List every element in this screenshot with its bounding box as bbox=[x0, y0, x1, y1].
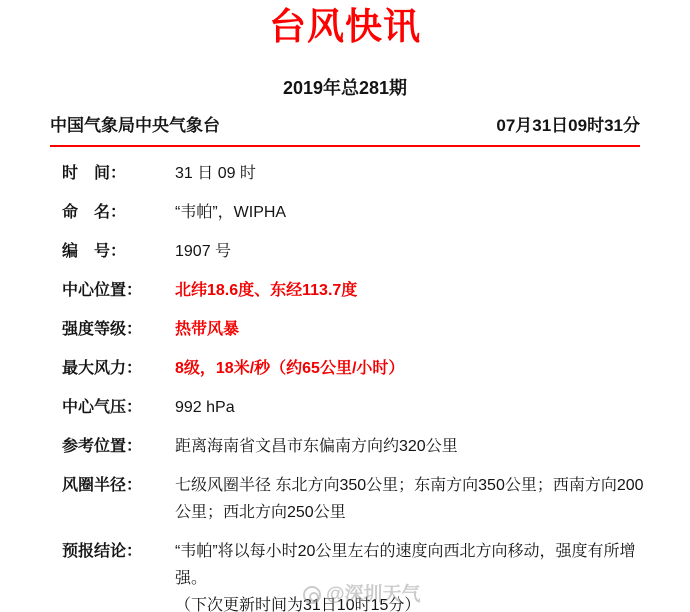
field-value: 热带风暴 bbox=[175, 316, 645, 343]
field-row: 编 号： 1907 号 bbox=[62, 238, 645, 265]
field-label: 最大风力： bbox=[62, 355, 175, 382]
bulletin-title: 台风快讯 bbox=[0, 6, 690, 48]
field-label: 强度等级： bbox=[62, 316, 175, 343]
field-value-text: 距离海南省文昌市东偏南方向约320公里 bbox=[175, 438, 458, 455]
field-value: 31 日 09 时 bbox=[175, 160, 645, 187]
field-value: 七级风圈半径 东北方向350公里；东南方向350公里；西南方向200公里；西北方… bbox=[175, 472, 645, 526]
field-value-text: 七级风圈半径 东北方向350公里；东南方向350公里；西南方向200公里；西北方… bbox=[175, 477, 644, 521]
field-label: 中心气压： bbox=[62, 394, 175, 421]
issue-datetime: 07月31日09时31分 bbox=[496, 116, 640, 136]
field-row: 参考位置： 距离海南省文昌市东偏南方向约320公里 bbox=[62, 433, 645, 460]
field-value: 北纬18.6度、东经113.7度 bbox=[175, 277, 645, 304]
agency-name: 中国气象局中央气象台 bbox=[50, 116, 220, 136]
field-note: （下次更新时间为31日10时15分） bbox=[175, 592, 645, 612]
field-value: “韦帕”将以每小时20公里左右的速度向西北方向移动，强度有所增强。 （下次更新时… bbox=[175, 538, 645, 612]
field-value: 1907 号 bbox=[175, 238, 645, 265]
field-value-text: “韦帕”，WIPHA bbox=[175, 204, 286, 221]
field-label: 预报结论： bbox=[62, 538, 175, 612]
field-value-text: 北纬18.6度、东经113.7度 bbox=[175, 282, 357, 299]
field-label: 命 名： bbox=[62, 199, 175, 226]
field-value-text: 8级，18米/秒（约65公里/小时） bbox=[175, 360, 404, 377]
field-row: 中心气压： 992 hPa bbox=[62, 394, 645, 421]
field-row: 预报结论： “韦帕”将以每小时20公里左右的速度向西北方向移动，强度有所增强。 … bbox=[62, 538, 645, 612]
field-label: 参考位置： bbox=[62, 433, 175, 460]
field-row: 命 名： “韦帕”，WIPHA bbox=[62, 199, 645, 226]
field-value-text: 31 日 09 时 bbox=[175, 165, 256, 182]
issue-number: 2019年总281期 bbox=[0, 78, 690, 98]
field-row: 强度等级： 热带风暴 bbox=[62, 316, 645, 343]
field-label: 风圈半径： bbox=[62, 472, 175, 526]
field-value-text: 热带风暴 bbox=[175, 321, 239, 338]
field-list: 时 间： 31 日 09 时 命 名： “韦帕”，WIPHA 编 号： 1907… bbox=[0, 160, 690, 612]
field-label: 中心位置： bbox=[62, 277, 175, 304]
field-row: 时 间： 31 日 09 时 bbox=[62, 160, 645, 187]
typhoon-bulletin: 台风快讯 2019年总281期 中国气象局中央气象台 07月31日09时31分 … bbox=[0, 6, 690, 612]
field-value-text: 992 hPa bbox=[175, 399, 235, 416]
field-value: “韦帕”，WIPHA bbox=[175, 199, 645, 226]
field-row: 中心位置： 北纬18.6度、东经113.7度 bbox=[62, 277, 645, 304]
field-value-text: “韦帕”将以每小时20公里左右的速度向西北方向移动，强度有所增强。 bbox=[175, 543, 635, 587]
field-value: 992 hPa bbox=[175, 394, 645, 421]
field-row: 最大风力： 8级，18米/秒（约65公里/小时） bbox=[62, 355, 645, 382]
field-row: 风圈半径： 七级风圈半径 东北方向350公里；东南方向350公里；西南方向200… bbox=[62, 472, 645, 526]
field-label: 编 号： bbox=[62, 238, 175, 265]
field-value-text: 1907 号 bbox=[175, 243, 231, 260]
divider-line bbox=[50, 145, 640, 147]
masthead: 中国气象局中央气象台 07月31日09时31分 bbox=[0, 116, 690, 136]
field-label: 时 间： bbox=[62, 160, 175, 187]
field-value: 距离海南省文昌市东偏南方向约320公里 bbox=[175, 433, 645, 460]
field-value: 8级，18米/秒（约65公里/小时） bbox=[175, 355, 645, 382]
